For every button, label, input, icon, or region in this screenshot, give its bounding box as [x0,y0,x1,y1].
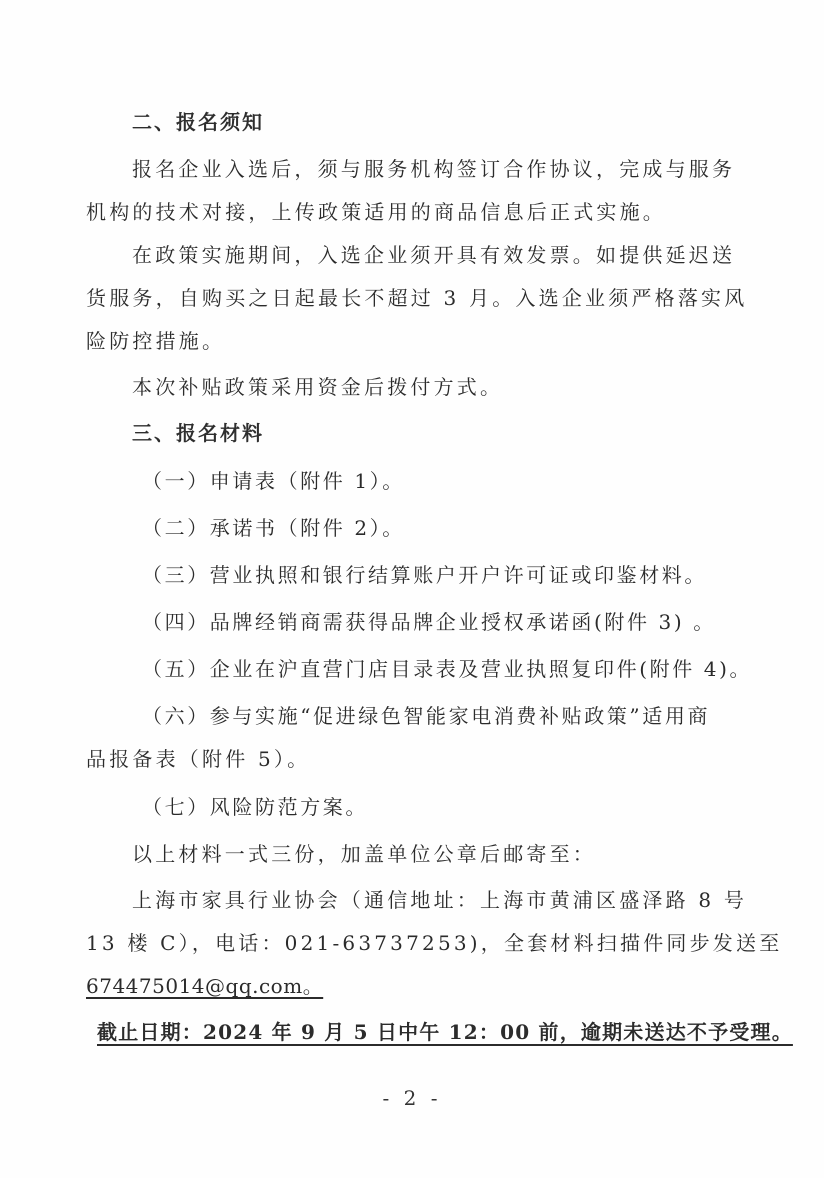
address-line: 上海市家具行业协会（通信地址：上海市黄浦区盛泽路 8 号 [132,888,747,912]
material-item: （四）品牌经销商需获得品牌企业授权承诺函(附件 3) 。 [142,610,716,634]
address-line: 13 楼 C），电话：021-63737253)，全套材料扫描件同步发送至 [86,931,782,955]
material-item: （一）申请表（附件 1）。 [142,469,405,493]
paragraph-line: 机构的技术对接，上传政策适用的商品信息后正式实施。 [86,200,666,224]
paragraph-line: 报名企业入选后，须与服务机构签订合作协议，完成与服务 [132,157,735,181]
deadline-notice: 截止日期：2024 年 9 月 5 日中午 12：00 前，逾期未送达不予受理。 [97,1020,793,1044]
section-heading-registration-materials: 三、报名材料 [132,421,264,445]
paragraph-line: 险防控措施。 [86,329,225,353]
mailing-instruction: 以上材料一式三份，加盖单位公章后邮寄至： [132,842,596,866]
material-item: （三）营业执照和银行结算账户开户许可证或印鉴材料。 [142,563,707,587]
material-item: （七）风险防范方案。 [142,795,368,819]
email-address: 674475014@qq.com。 [86,974,323,998]
material-item: （六）参与实施“促进绿色智能家电消费补贴政策”适用商 [142,704,710,728]
material-item: （二）承诺书（附件 2）。 [142,516,405,540]
paragraph-line: 在政策实施期间，入选企业须开具有效发票。如提供延迟送 [132,243,735,267]
material-item-continuation: 品报备表（附件 5）。 [86,747,310,771]
page-number: - 2 - [0,1086,824,1110]
paragraph-line: 本次补贴政策采用资金后拨付方式。 [132,375,503,399]
paragraph-line: 货服务，自购买之日起最长不超过 3 月。入选企业须严格落实风 [86,286,747,310]
section-heading-registration-notice: 二、报名须知 [132,110,264,134]
material-item: （五）企业在沪直营门店目录表及营业执照复印件(附件 4)。 [142,657,752,681]
document-page: 二、报名须知 报名企业入选后，须与服务机构签订合作协议，完成与服务 机构的技术对… [0,0,824,1178]
